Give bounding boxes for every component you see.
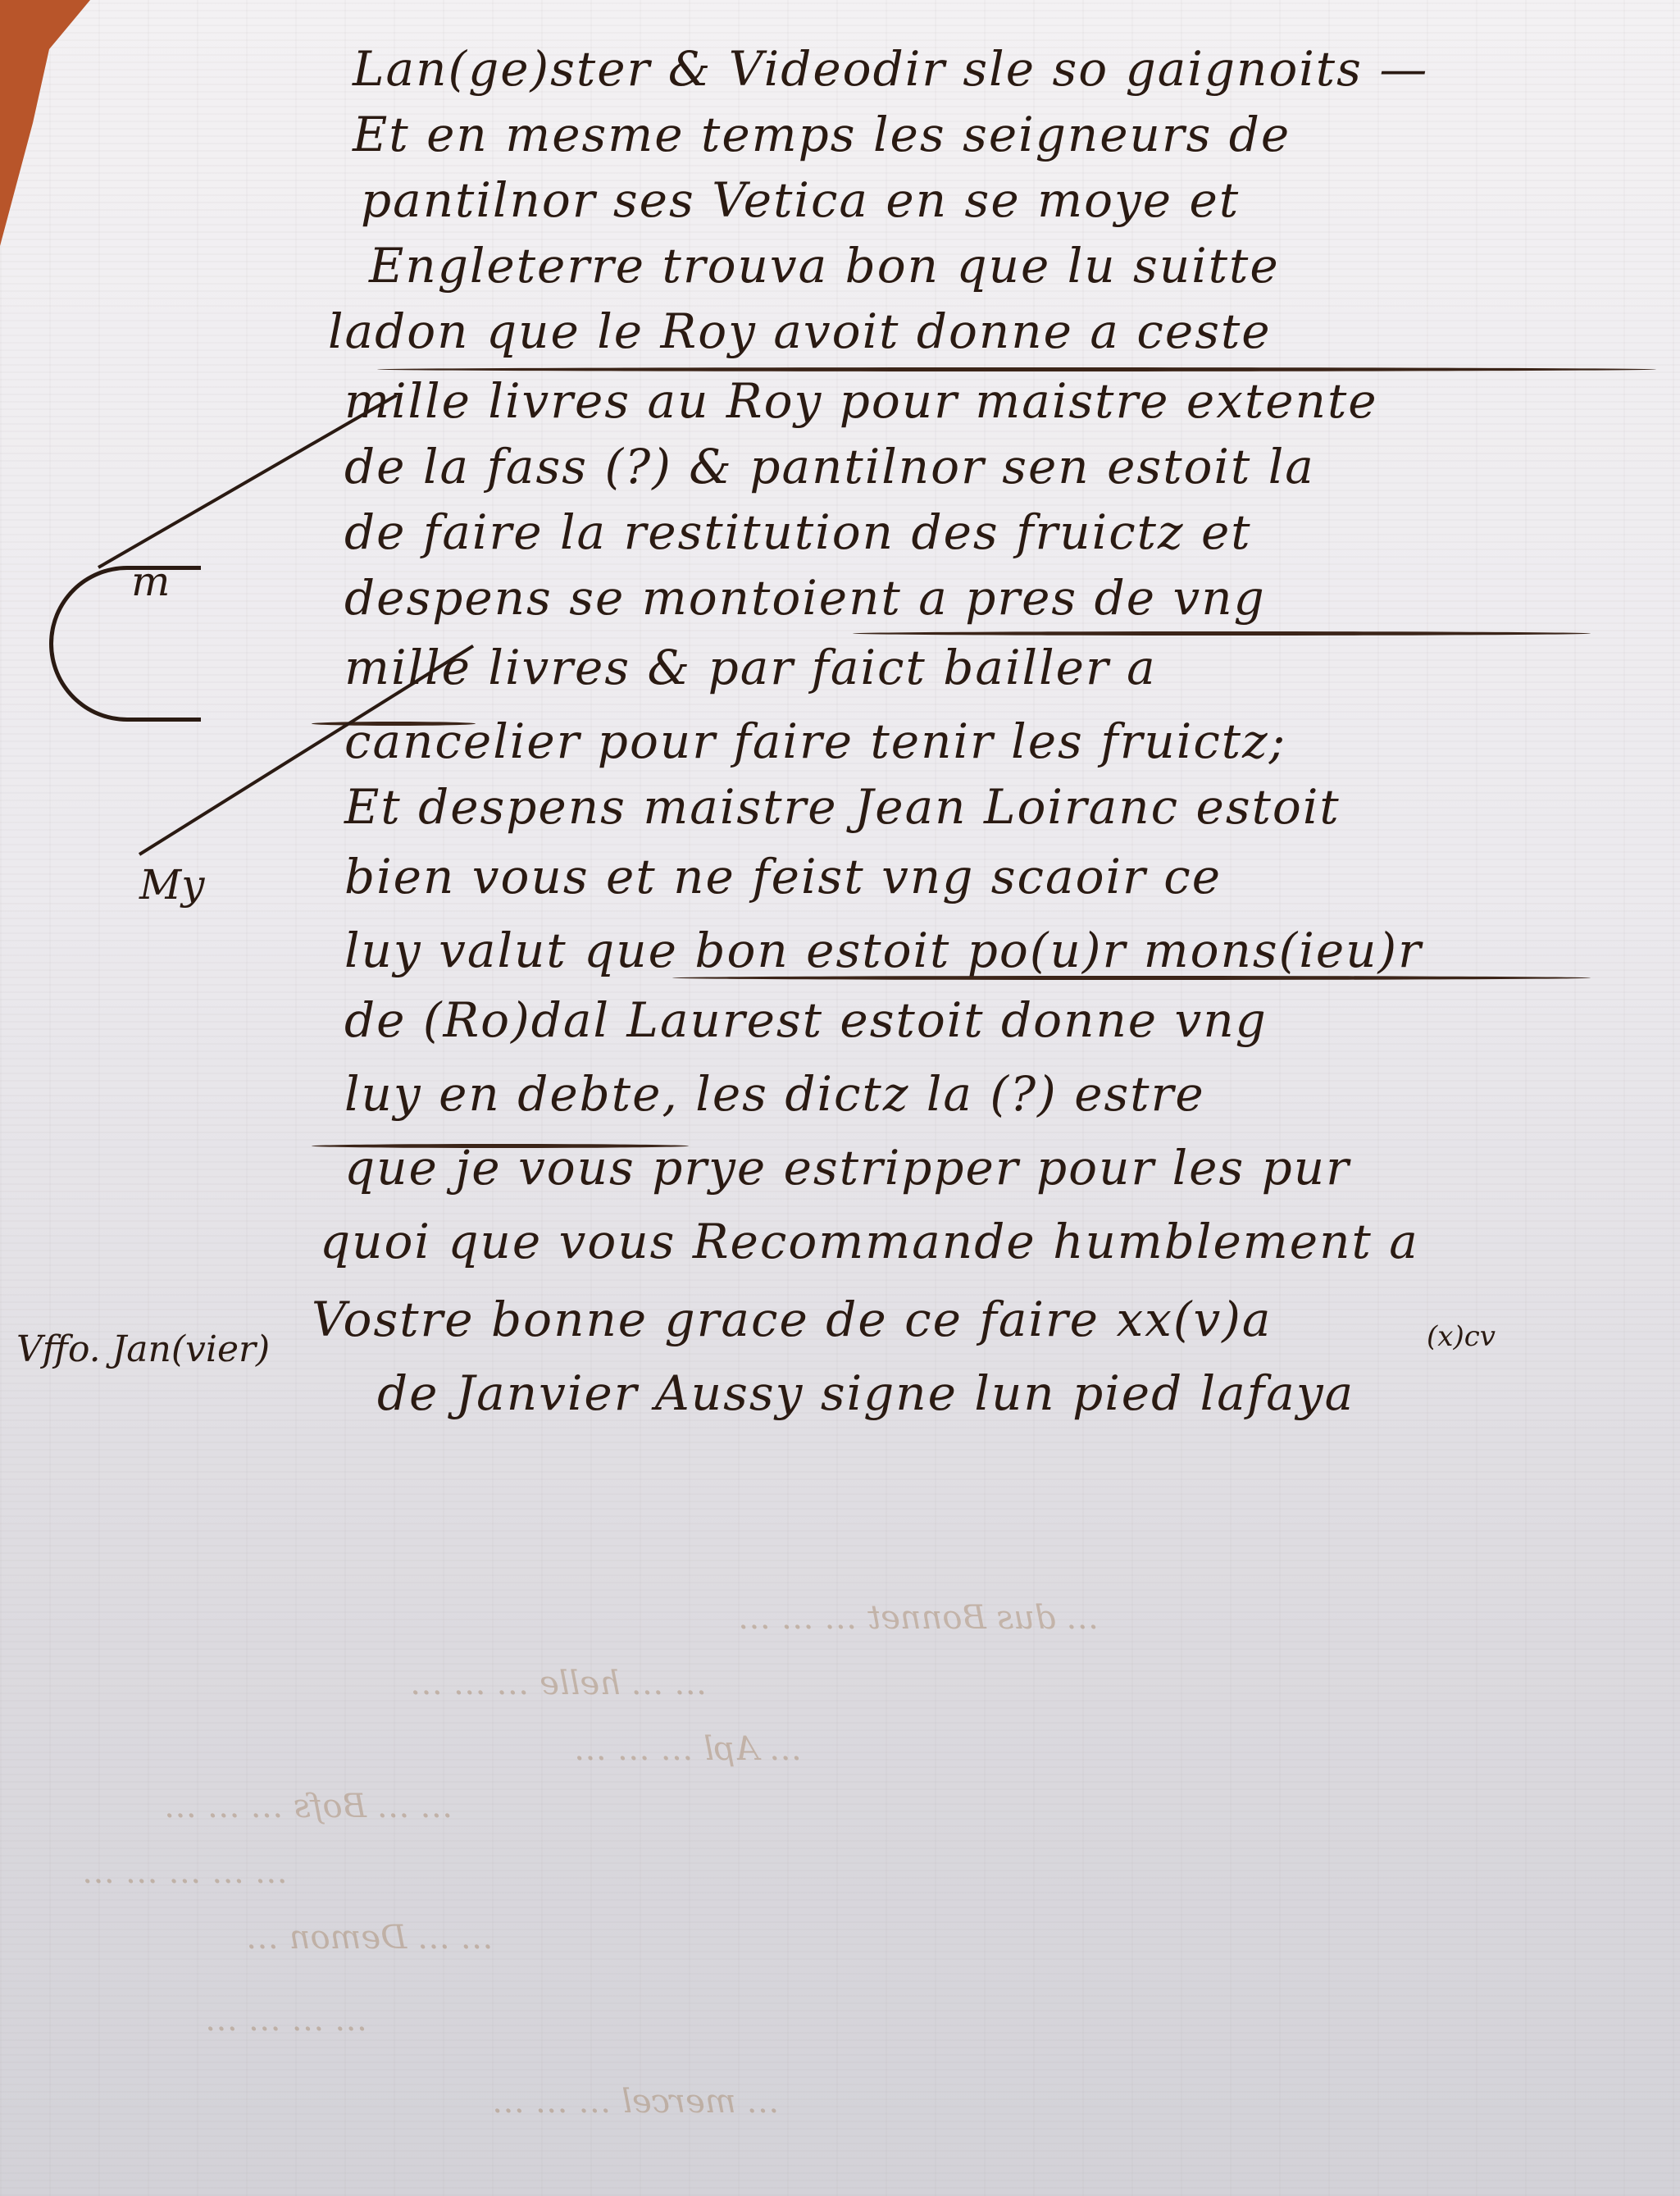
underline-stroke — [853, 631, 1591, 636]
text-line: de Janvier Aussy signe lun pied lafaya — [377, 1365, 1354, 1421]
show-through-line: … … helle … … … — [410, 1665, 707, 1702]
show-through-line: … … … … — [205, 2001, 367, 2039]
text-line: Vostre bonne grace de ce faire xx(v)a — [312, 1292, 1272, 1347]
show-through-line: … dus Bonnet … … … — [738, 1599, 1099, 1637]
underline-stroke — [312, 1144, 689, 1148]
show-through-line: … … Demon … — [246, 1919, 494, 1957]
text-line: ladon que le Roy avoit donne a ceste — [328, 303, 1272, 359]
text-line: de faire la restitution des fruictz et — [344, 504, 1252, 560]
margin-note-my: My — [139, 861, 204, 909]
text-line: Lan(ge)ster & Videodir sle so gaignoits … — [353, 41, 1428, 97]
text-line: que je vous prye estripper pour les pur — [344, 1140, 1350, 1196]
text-line: bien vous et ne feist vng scaoir ce — [344, 849, 1222, 904]
margin-note-date: Vffo. Jan(vier) — [16, 1328, 270, 1370]
show-through-line: … … Bofs … … … — [164, 1788, 453, 1825]
show-through-line: … Apl … … … — [574, 1730, 802, 1768]
underline-stroke — [377, 367, 1656, 371]
text-line: de (Ro)dal Laurest estoit donne vng — [344, 992, 1268, 1048]
text-line: Et en mesme temps les seigneurs de — [353, 107, 1291, 162]
text-line: Engleterre trouva bon que lu suitte — [369, 238, 1280, 294]
show-through-line: … … … … … — [82, 1853, 288, 1891]
manuscript-page: … dus Bonnet … … … … … helle … … … … Apl… — [0, 0, 1680, 2196]
text-line: luy valut que bon estoit po(u)r mons(ieu… — [344, 923, 1423, 978]
underline-stroke — [312, 722, 476, 726]
text-line: cancelier pour faire tenir les fruictz; — [344, 713, 1286, 769]
text-line: despens se montoient a pres de vng — [344, 570, 1266, 626]
text-line: pantilnor ses Vetica en se moye et — [361, 172, 1240, 228]
text-line: mille livres au Roy pour maistre extente — [344, 373, 1378, 429]
underline-stroke — [672, 976, 1591, 980]
text-line: luy en debte, les dictz la (?) estre — [344, 1066, 1205, 1122]
text-line: Et despens maistre Jean Loiranc estoit — [344, 779, 1341, 835]
text-line: quoi que vous Recommande humblement a — [320, 1214, 1419, 1269]
text-line: de la fass (?) & pantilnor sen estoit la — [344, 439, 1315, 494]
superscript-annotation: (x)cv — [1427, 1320, 1496, 1353]
show-through-line: … mercel … … … — [492, 2083, 779, 2121]
margin-bracket — [49, 566, 201, 722]
margin-note-m: m — [131, 558, 170, 605]
